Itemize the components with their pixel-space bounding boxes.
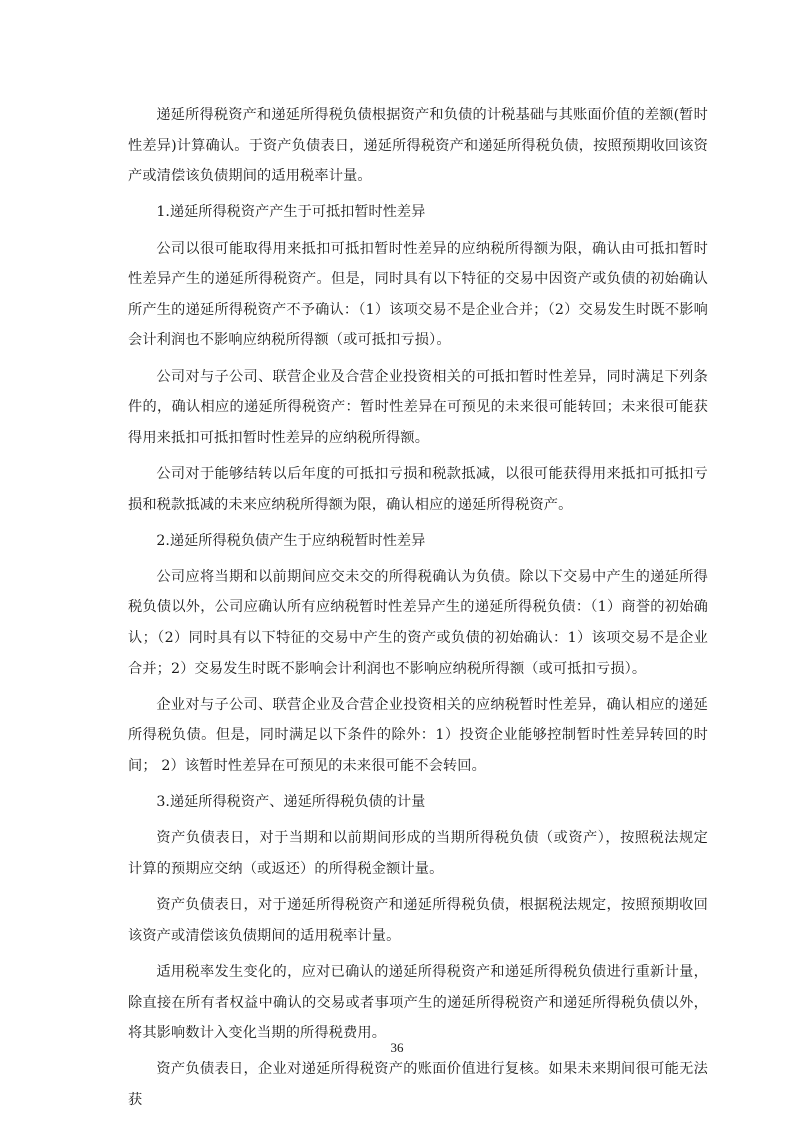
- section-heading-1: 1.递延所得税资产产生于可抵扣暂时性差异: [128, 197, 708, 228]
- paragraph-tax-losses-carryforward: 公司对于能够结转以后年度的可抵扣亏损和税款抵减，以很可能获得用来抵扣可抵扣亏损和…: [128, 459, 708, 520]
- paragraph-subsidiary-investments-assets: 公司对与子公司、联营企业及合营企业投资相关的可抵扣暂时性差异，同时满足下列条件的…: [128, 362, 708, 454]
- paragraph-subsidiary-investments-liabilities: 企业对与子公司、联营企业及合营企业投资相关的应纳税暂时性差异，确认相应的递延所得…: [128, 690, 708, 782]
- paragraph-carrying-amount-review: 资产负债表日，企业对递延所得税资产的账面价值进行复核。如果未来期间很可能无法获: [128, 1054, 708, 1115]
- paragraph-taxable-differences: 公司应将当期和以前期间应交未交的所得税确认为负债。除以下交易中产生的递延所得税负…: [128, 562, 708, 684]
- paragraph-deductible-differences: 公司以很可能取得用来抵扣可抵扣暂时性差异的应纳税所得额为限，确认由可抵扣暂时性差…: [128, 234, 708, 356]
- paragraph-tax-rate-change: 适用税率发生变化的，应对已确认的递延所得税资产和递延所得税负债进行重新计量，除直…: [128, 957, 708, 1049]
- page-number: 36: [0, 1040, 794, 1056]
- paragraph-deferred-tax-intro: 递延所得税资产和递延所得税负债根据资产和负债的计税基础与其账面价值的差额(暂时性…: [128, 100, 708, 192]
- section-heading-3: 3.递延所得税资产、递延所得税负债的计量: [128, 787, 708, 818]
- document-body: 递延所得税资产和递延所得税负债根据资产和负债的计税基础与其账面价值的差额(暂时性…: [128, 100, 708, 1121]
- paragraph-deferred-tax-measurement: 资产负债表日，对于递延所得税资产和递延所得税负债，根据税法规定，按照预期收回该资…: [128, 890, 708, 951]
- paragraph-current-tax-measurement: 资产负债表日，对于当期和以前期间形成的当期所得税负债（或资产），按照税法规定计算…: [128, 823, 708, 884]
- section-heading-2: 2.递延所得税负债产生于应纳税暂时性差异: [128, 526, 708, 557]
